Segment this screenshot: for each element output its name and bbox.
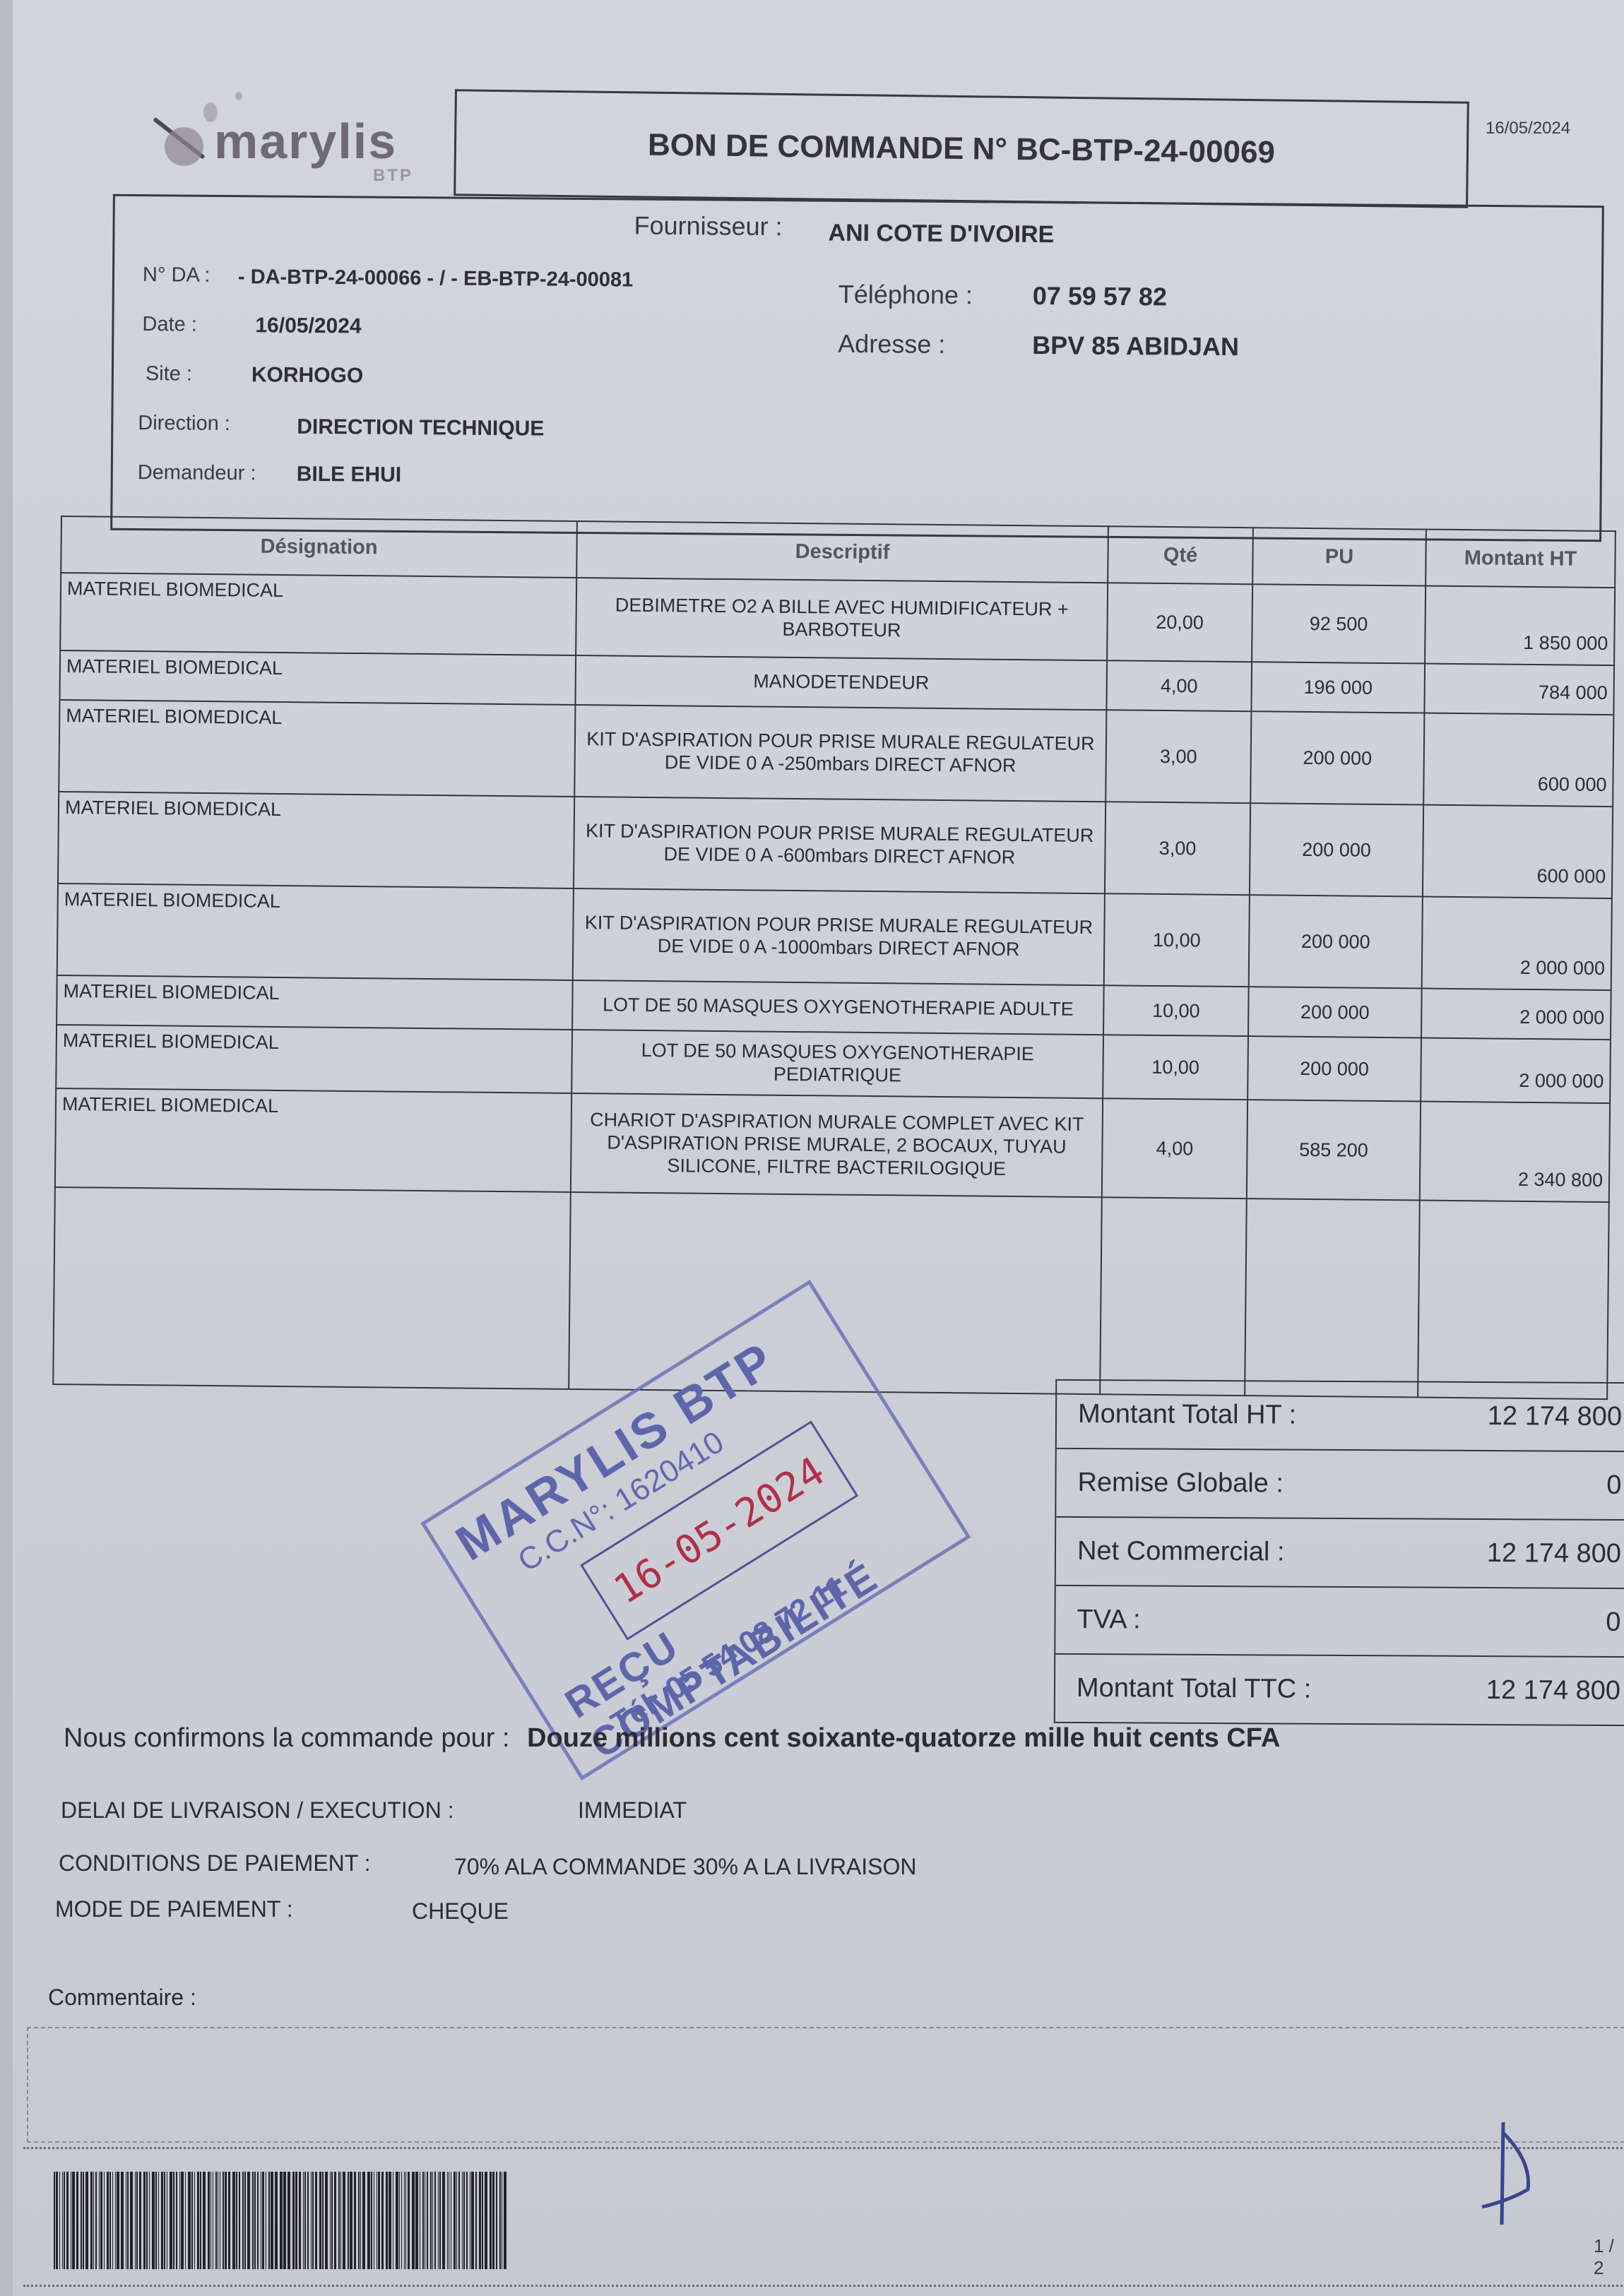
purchase-order-page: marylis BTP BON DE COMMANDE N° BC-BTP-24…	[13, 0, 1624, 2296]
table-row: MATERIEL BIOMEDICALKIT D'ASPIRATION POUR…	[57, 884, 1612, 990]
cell-descriptif: MANODETENDEUR	[575, 655, 1107, 710]
totals-label: Montant Total TTC :	[1077, 1673, 1312, 1705]
totals-label: Montant Total HT :	[1078, 1399, 1296, 1431]
cell-descriptif: DEBIMETRE O2 A BILLE AVEC HUMIDIFICATEUR…	[576, 578, 1108, 660]
supplier-value: ANI COTE D'IVOIRE	[828, 220, 1054, 249]
cell-descriptif: LOT DE 50 MASQUES OXYGENOTHERAPIE ADULTE	[572, 980, 1104, 1035]
table-row: MATERIEL BIOMEDICALKIT D'ASPIRATION POUR…	[58, 792, 1613, 898]
company-logo: marylis BTP	[147, 78, 429, 184]
cell-qty: 20,00	[1107, 583, 1252, 662]
cell-amount-ht: 600 000	[1423, 713, 1613, 807]
print-date: 16/05/2024	[1486, 119, 1570, 138]
cell-designation: MATERIEL BIOMEDICAL	[57, 975, 573, 1030]
logo-dot-icon	[235, 92, 242, 100]
table-row: MATERIEL BIOMEDICALCHARIOT D'ASPIRATION …	[55, 1088, 1610, 1202]
cell-amount-ht: 2 000 000	[1422, 897, 1612, 991]
payment-terms-value: 70% ALA COMMANDE 30% A LA LIVRAISON	[454, 1854, 917, 1880]
confirmation-label: Nous confirmons la commande pour :	[64, 1723, 510, 1753]
cell-designation: MATERIEL BIOMEDICAL	[55, 1088, 571, 1192]
logo-circle-icon	[165, 127, 203, 166]
cell-amount-ht: 2 000 000	[1421, 989, 1611, 1040]
cell-amount-ht: 600 000	[1423, 805, 1613, 899]
comment-field	[27, 2027, 1624, 2143]
delivery-delay-label: DELAI DE LIVRAISON / EXECUTION :	[61, 1797, 454, 1824]
totals-value: 0	[1606, 1607, 1620, 1638]
cell-qty: 10,00	[1104, 893, 1250, 987]
delivery-delay-value: IMMEDIAT	[578, 1797, 687, 1824]
totals-label: Net Commercial :	[1077, 1536, 1285, 1568]
site-value: KORHOGO	[251, 363, 364, 388]
da-number-label: N° DA :	[143, 263, 211, 287]
cell-designation: MATERIEL BIOMEDICAL	[56, 1025, 572, 1093]
totals-row: Montant Total TTC :12 174 800	[1055, 1655, 1624, 1725]
cell-designation: MATERIEL BIOMEDICAL	[59, 650, 576, 705]
cell-unit-price: 196 000	[1251, 662, 1425, 713]
column-header-designation: Désignation	[61, 516, 577, 578]
items-table-wrap: Désignation Descriptif Qté PU Montant HT…	[52, 516, 1614, 1378]
cell-descriptif: KIT D'ASPIRATION POUR PRISE MURALE REGUL…	[573, 888, 1105, 985]
totals-row: Remise Globale :0	[1056, 1449, 1624, 1521]
page-number: 1 / 2	[1594, 2235, 1624, 2279]
totals-label: TVA :	[1077, 1605, 1140, 1635]
cell-designation: MATERIEL BIOMEDICAL	[59, 700, 575, 797]
address-value: BPV 85 ABIDJAN	[1032, 331, 1239, 362]
cell-designation: MATERIEL BIOMEDICAL	[57, 884, 574, 980]
cell-amount-ht: 1 850 000	[1425, 586, 1615, 666]
cell-unit-price: 200 000	[1249, 895, 1423, 988]
items-table: Désignation Descriptif Qté PU Montant HT…	[52, 516, 1616, 1400]
totals-row: TVA :0	[1055, 1586, 1624, 1658]
totals-value: 12 174 800	[1486, 1675, 1620, 1706]
comment-label: Commentaire :	[48, 1985, 196, 2011]
direction-label: Direction :	[138, 412, 230, 436]
da-number-value: - DA-BTP-24-00066 - / - EB-BTP-24-00081	[238, 266, 633, 292]
site-label: Site :	[146, 362, 192, 386]
footer-divider	[23, 2147, 1624, 2149]
requester-value: BILE EHUI	[297, 463, 402, 487]
table-row: MATERIEL BIOMEDICALDEBIMETRE O2 A BILLE …	[60, 573, 1615, 665]
date-value: 16/05/2024	[255, 314, 361, 338]
logo-subtitle: BTP	[373, 166, 413, 186]
footer-divider	[23, 2285, 1624, 2287]
column-header-amount-ht: Montant HT	[1426, 530, 1616, 588]
document-title-box: BON DE COMMANDE N° BC-BTP-24-00069	[454, 89, 1469, 208]
totals-label: Remise Globale :	[1077, 1468, 1284, 1499]
cell-unit-price: 92 500	[1252, 584, 1426, 663]
telephone-label: Téléphone :	[838, 280, 973, 310]
totals-value: 12 174 800	[1488, 1401, 1622, 1432]
totals-value: 12 174 800	[1487, 1538, 1621, 1569]
totals-row: Montant Total HT :12 174 800	[1057, 1381, 1624, 1452]
cell-descriptif: LOT DE 50 MASQUES OXYGENOTHERAPIE PEDIAT…	[571, 1030, 1103, 1098]
cell-designation: MATERIEL BIOMEDICAL	[58, 792, 574, 888]
column-header-qty: Qté	[1108, 526, 1253, 584]
cell-unit-price: 585 200	[1247, 1100, 1421, 1200]
telephone-value: 07 59 57 82	[1033, 281, 1168, 311]
payment-mode-value: CHEQUE	[412, 1898, 509, 1925]
cell-qty: 4,00	[1102, 1098, 1247, 1198]
cell-descriptif: CHARIOT D'ASPIRATION MURALE COMPLET AVEC…	[571, 1093, 1103, 1197]
barcode	[54, 2172, 633, 2269]
supplier-label: Fournisseur :	[634, 211, 782, 242]
cell-qty: 3,00	[1105, 802, 1250, 895]
logo-brand: marylis	[214, 113, 397, 169]
cell-qty: 10,00	[1103, 1035, 1248, 1100]
payment-mode-label: MODE DE PAIEMENT :	[55, 1896, 293, 1922]
cell-descriptif: KIT D'ASPIRATION POUR PRISE MURALE REGUL…	[574, 797, 1106, 893]
empty-cell	[1245, 1198, 1420, 1397]
cell-designation: MATERIEL BIOMEDICAL	[60, 573, 576, 655]
table-row: MATERIEL BIOMEDICALKIT D'ASPIRATION POUR…	[59, 700, 1613, 807]
address-label: Adresse :	[838, 329, 945, 359]
document-title: BON DE COMMANDE N° BC-BTP-24-00069	[648, 127, 1275, 170]
cell-amount-ht: 784 000	[1424, 664, 1614, 715]
cell-amount-ht: 2 340 800	[1420, 1102, 1610, 1203]
order-info-box: Fournisseur : ANI COTE D'IVOIRE N° DA : …	[110, 194, 1604, 542]
empty-cell	[1100, 1197, 1247, 1396]
cell-qty: 3,00	[1106, 710, 1251, 803]
cell-descriptif: KIT D'ASPIRATION POUR PRISE MURALE REGUL…	[574, 705, 1106, 802]
handwritten-signature	[1454, 2119, 1546, 2232]
cell-unit-price: 200 000	[1250, 711, 1424, 804]
totals-row: Net Commercial :12 174 800	[1056, 1518, 1624, 1589]
totals-value: 0	[1606, 1470, 1621, 1501]
cell-amount-ht: 2 000 000	[1421, 1038, 1611, 1104]
confirmation-line: Nous confirmons la commande pour : Douze…	[64, 1723, 1280, 1754]
payment-terms-label: CONDITIONS DE PAIEMENT :	[59, 1850, 371, 1876]
cell-unit-price: 200 000	[1248, 987, 1422, 1037]
column-header-descriptif: Descriptif	[576, 521, 1108, 583]
items-table-body: MATERIEL BIOMEDICALDEBIMETRE O2 A BILLE …	[53, 573, 1615, 1399]
direction-value: DIRECTION TECHNIQUE	[297, 415, 544, 441]
totals-box: Montant Total HT :12 174 800Remise Globa…	[1054, 1379, 1624, 1726]
empty-cell	[53, 1187, 571, 1389]
column-header-unit-price: PU	[1252, 528, 1426, 585]
cell-qty: 4,00	[1106, 660, 1252, 711]
date-label: Date :	[142, 313, 197, 337]
empty-cell	[1418, 1201, 1609, 1400]
cell-unit-price: 200 000	[1247, 1036, 1421, 1101]
requester-label: Demandeur :	[138, 461, 256, 485]
amount-in-words: Douze millions cent soixante-quatorze mi…	[527, 1723, 1280, 1753]
cell-qty: 10,00	[1103, 985, 1249, 1036]
cell-unit-price: 200 000	[1250, 803, 1423, 896]
